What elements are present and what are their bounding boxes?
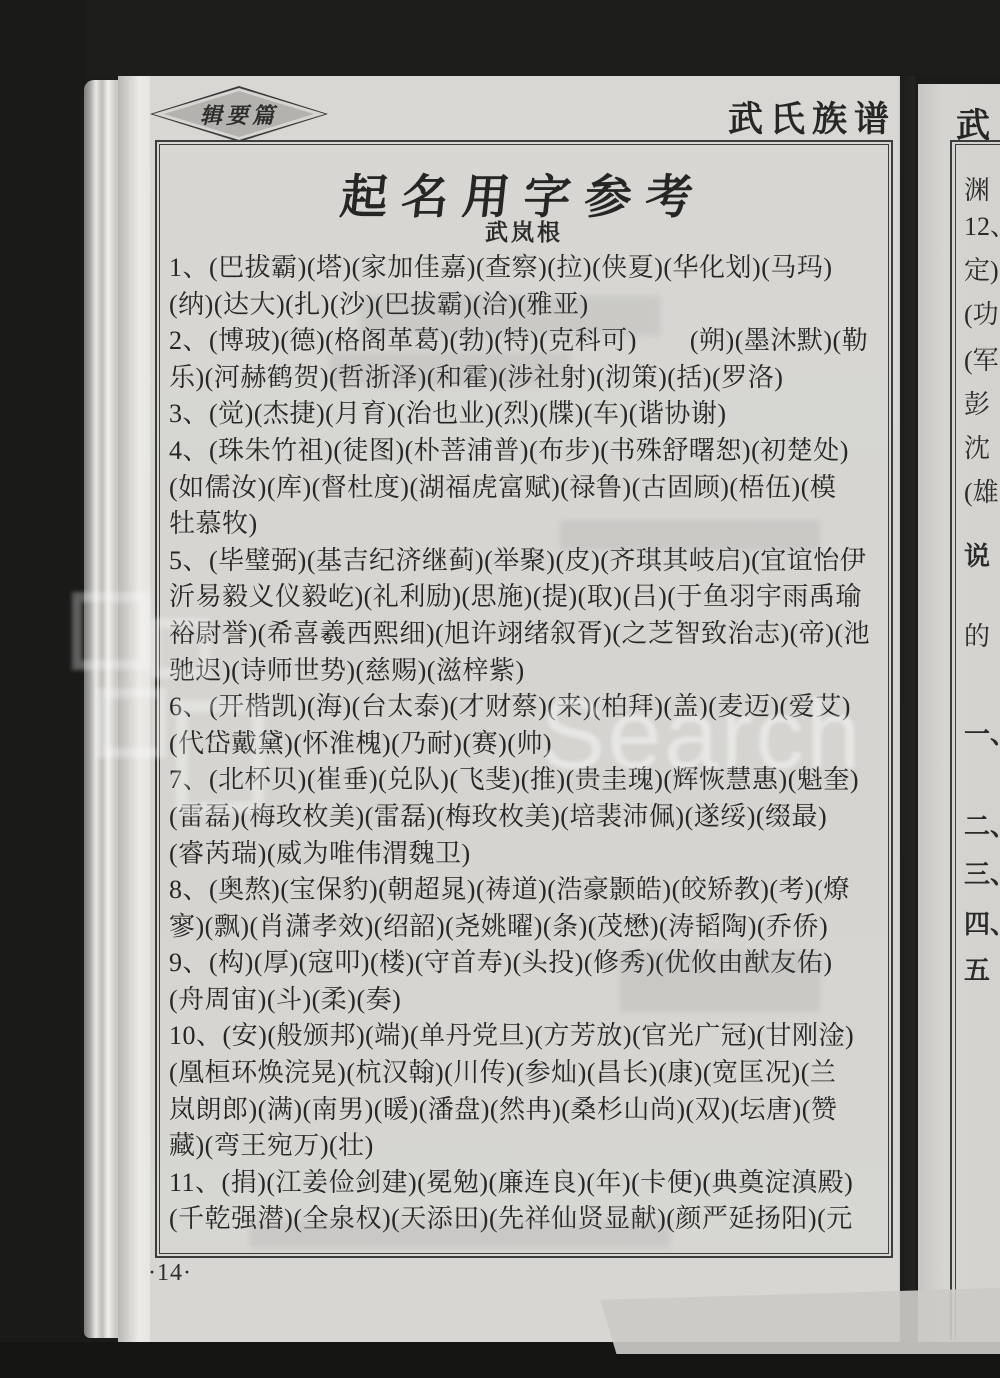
bleedthrough-artifact	[330, 352, 570, 386]
bleedthrough-artifact	[620, 952, 820, 1012]
right-fragment: 12、	[964, 206, 1000, 243]
bleedthrough-artifact	[360, 296, 660, 336]
text-line: 10、(安)(般颁邦)(端)(单丹党旦)(方芳放)(官光广冠)(甘刚淦)	[169, 1018, 881, 1055]
scanned-book-page: 武氏 渊 12、 定) (功 (军 彭 沈 (雄 说 的 一、 二、 三、 四、…	[0, 0, 1000, 1378]
right-fragment: (功	[964, 294, 999, 331]
text-line: 岚朗郎)(满)(南男)(暖)(潘盘)(然冉)(桑杉山尚)(双)(坛唐)(赞	[169, 1092, 881, 1129]
text-line: 驰迟)(诗师世势)(慈赐)(滋梓紫)	[169, 653, 881, 690]
right-fragment: (雄	[964, 472, 999, 509]
right-fragment: (军	[964, 340, 999, 377]
text-line: 6、(开楷凯)(海)(台太泰)(才财蔡)(来)(柏拜)(盖)(麦迈)(爱艾)	[169, 689, 881, 726]
right-fragment: 五	[964, 950, 990, 987]
watermark-logo-square	[150, 618, 210, 678]
watermark-logo-square	[72, 592, 150, 670]
right-box-border-inner	[955, 144, 956, 1340]
article-author: 武岚根	[157, 214, 891, 247]
text-line: 11、(捐)(江姜俭剑建)(冕勉)(廉连良)(年)(卡便)(典奠淀滇殿)	[169, 1165, 881, 1202]
watermark-logo-square	[176, 700, 264, 814]
text-line: 7、(北杯贝)(崔垂)(兑队)(飞斐)(推)(贵圭瑰)(辉恢慧惠)(魁奎)	[169, 762, 881, 799]
text-line: 藏)(弯王宛万)(壮)	[169, 1128, 881, 1165]
text-line: (代岱戴黛)(怀淮槐)(乃耐)(赛)(帅)	[169, 726, 881, 763]
text-line: 寥)(飘)(肖潇孝效)(绍韶)(尧姚曜)(条)(茂懋)(涛韬陶)(乔侨)	[169, 909, 881, 946]
watermark-logo-square	[96, 688, 166, 758]
article-body: 1、(巴拔霸)(塔)(家加佳嘉)(查察)(拉)(侠夏)(华化划)(马玛) (纳)…	[169, 250, 881, 1238]
right-box-border-top	[950, 140, 1000, 142]
text-line: 1、(巴拔霸)(塔)(家加佳嘉)(查察)(拉)(侠夏)(华化划)(马玛)	[169, 250, 881, 287]
text-line: 裕尉誉)(希喜羲西熙细)(旭许翊绪叙胥)(之芝智致治志)(帝)(池	[169, 616, 881, 653]
right-fragment: 渊	[964, 170, 990, 207]
section-badge: 辑要篇	[150, 86, 328, 142]
right-fragment: 二、	[964, 806, 1000, 843]
bleedthrough-artifact	[560, 520, 820, 550]
right-fragment: 定)	[964, 250, 999, 287]
background-top	[0, 0, 1000, 78]
right-fragment: 四、	[964, 904, 1000, 941]
text-line: (雷磊)(梅玫枚美)(雷磊)(梅玫枚美)(培裴沛佩)(遂绥)(缀最)	[169, 799, 881, 836]
right-fragment: 沈	[964, 428, 990, 465]
page-number: ·14·	[148, 1260, 192, 1287]
text-line: 4、(珠朱竹祖)(徒图)(朴菩浦普)(布步)(书殊舒曙恕)(初楚处)	[169, 433, 881, 470]
text-line: (凰桓环焕浣晃)(杭汉翰)(川传)(参灿)(昌长)(康)(宽匡况)(兰	[169, 1055, 881, 1092]
bleedthrough-artifact	[250, 1222, 670, 1248]
right-page-partial: 武氏 渊 12、 定) (功 (军 彭 沈 (雄 说 的 一、 二、 三、 四、…	[918, 84, 1000, 1342]
right-fragment: 说	[964, 536, 990, 573]
background-left	[0, 0, 86, 1378]
right-fragment: 彭	[964, 384, 990, 421]
text-line: (如儒汝)(库)(督杜度)(湖福虎富赋)(禄鲁)(古固顾)(梧伍)(模	[169, 470, 881, 507]
right-fragment: 一、	[964, 714, 1000, 751]
text-line: (睿芮瑞)(威为唯伟渭魏卫)	[169, 836, 881, 873]
right-box-border	[950, 140, 952, 1340]
text-line: 3、(觉)(杰捷)(月育)(治也业)(烈)(牒)(车)(谐协谢)	[169, 396, 881, 433]
text-line: 8、(奥熬)(宝保豹)(朝超晁)(祷道)(浩豪颢皓)(皎矫教)(考)(燎	[169, 872, 881, 909]
right-box-border-top-inner	[955, 144, 1000, 145]
right-fragment: 的	[964, 616, 990, 653]
book-gutter	[898, 76, 918, 1342]
text-line: 沂易毅义仪毅屹)(礼利励)(思施)(提)(取)(吕)(于鱼羽宇雨禹瑜	[169, 579, 881, 616]
right-fragment: 三、	[964, 854, 1000, 891]
book-title: 武氏族谱	[728, 92, 908, 142]
section-label: 辑要篇	[150, 86, 328, 142]
